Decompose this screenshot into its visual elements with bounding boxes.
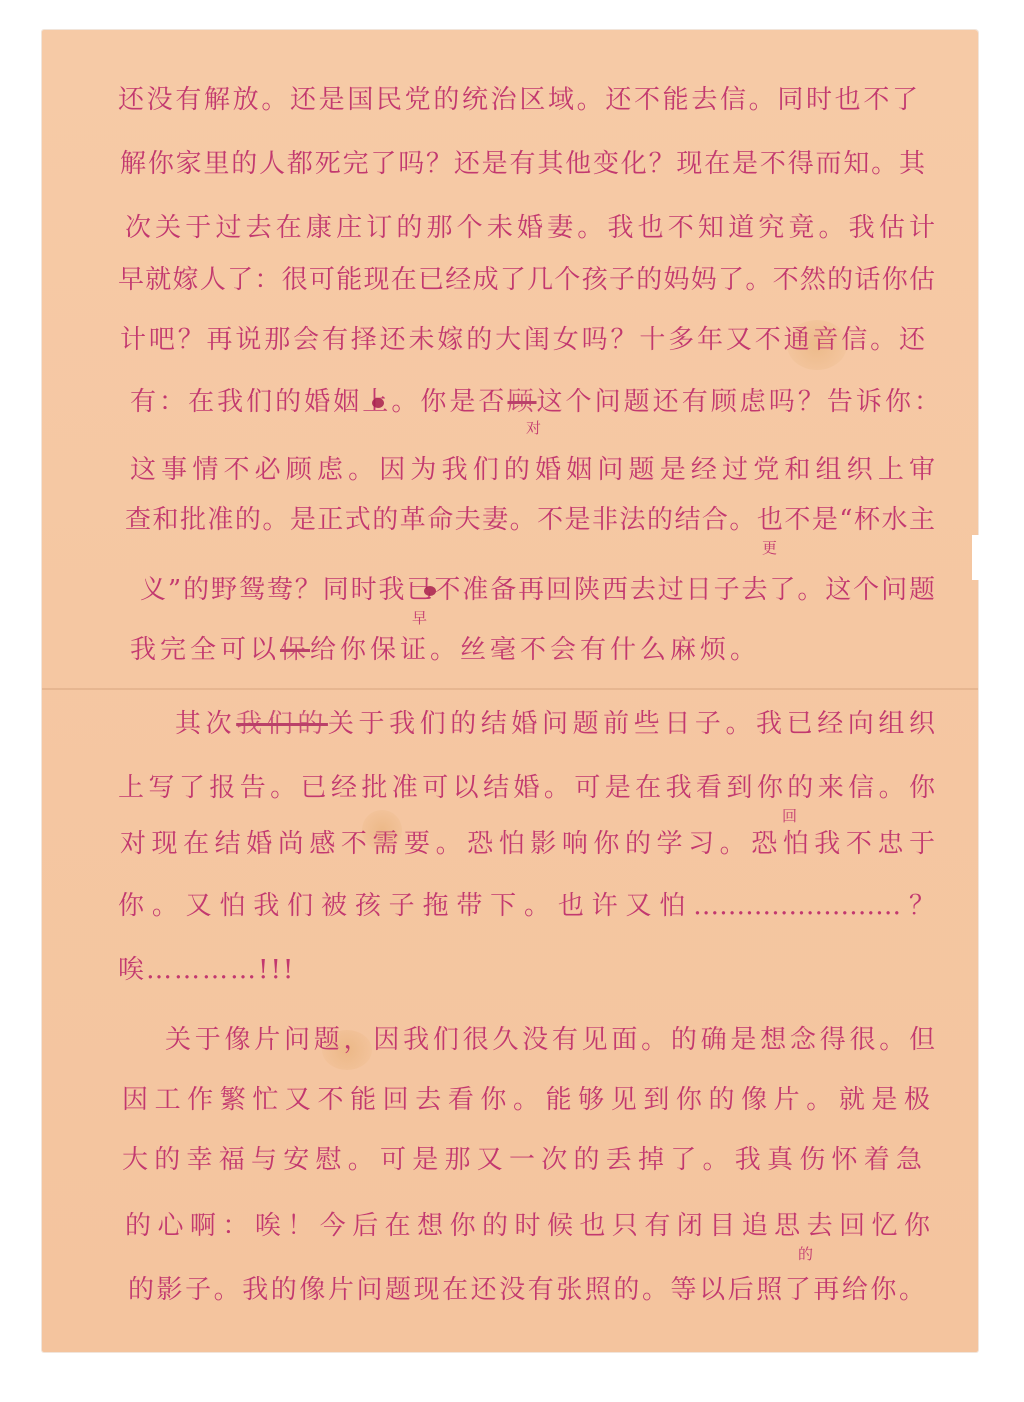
letter-line-20: 的影子。我的像片问题现在还没有张照的。等以后照了再给你。 [128,1274,925,1306]
letter-line-14: 你。又怕我们被孩子拖带下。也许又怕……………………？ [118,890,935,922]
line-10-text-b: 给你保证。丝毫不会有什么麻烦。 [310,635,760,665]
line-10-text-a: 我完全可以 [130,635,280,665]
letter-line-17: 因工作繁忙又不能回去看你。能够见到你的像片。就是极 [122,1084,930,1116]
letter-line-8: 查和批准的。是正式的革命夫妻。不是非法的结合。也不是“杯水主 [125,504,935,536]
letter-line-7: 这事情不必顾虑。因为我们的婚姻问题是经过党和组织上审 [130,454,935,486]
letter-line-19: 的心啊：唉！今后在想你的时候也只有闭目追思去回忆你 [125,1210,930,1242]
letter-line-18: 大的幸福与安慰。可是那又一次的丢掉了。我真伤怀着急 [122,1144,922,1176]
letter-line-13: 对现在结婚尚感不需要。恐怕影响你的学习。恐怕我不忠于 [120,828,935,860]
line-6-text-a: 有：在我们的婚姻上。你是否 [130,387,507,417]
line-11-text-a: 其次 [175,709,236,739]
letter-line-4: 早就嫁人了：很可能现在已经成了几个孩子的妈妈了。不然的话你估 [118,264,935,296]
paper-edge-notch [972,535,980,580]
letter-line-9: 义”的野鸳鸯？同时我已不准备再回陕西去过日子去了。这个问题 [140,574,935,606]
letter-line-12: 上写了报告。已经批准可以结婚。可是在我看到你的来信。你 [118,772,935,804]
line-6-text-b: 这个问题还有顾虑吗？告诉你： [537,387,940,417]
letter-line-16: 关于像片问题，因我们很久没有见面。的确是想念得很。但 [165,1024,935,1056]
inserted-correction: 的 [798,1246,813,1262]
letter-line-2: 解你家里的人都死完了吗？还是有其他变化？现在是不得而知。其 [120,148,925,180]
struck-out-text: 保 [280,635,310,665]
ink-blot [372,398,384,408]
letter-line-1: 还没有解放。还是国民党的统治区域。还不能去信。同时也不了 [118,84,918,116]
letter-line-15: 唉…………!!! [118,954,295,986]
inserted-correction: 更 [762,540,777,556]
letter-line-5: 计吧？再说那会有择还未嫁的大闺女吗？十多年又不通音信。还 [120,324,925,356]
letter-line-10: 我完全可以保给你保证。丝毫不会有什么麻烦。 [130,634,760,666]
inserted-correction: 早 [412,610,427,626]
struck-out-text: 顾 [507,387,536,417]
inserted-correction: 对 [526,420,541,436]
letter-line-6: 有：在我们的婚姻上。你是否顾这个问题还有顾虑吗？告诉你： [130,386,940,418]
letter-line-11: 其次我们的关于我们的结婚问题前些日子。我已经向组织 [175,708,935,740]
inserted-correction: 回 [782,808,797,824]
letter-line-3: 次关于过去在康庄订的那个未婚妻。我也不知道究竟。我估计 [125,212,935,244]
line-11-text-b: 关于我们的结婚问题前些日子。我已经向组织 [328,709,935,739]
struck-out-text: 我们的 [236,709,328,739]
ink-blot [424,586,436,596]
